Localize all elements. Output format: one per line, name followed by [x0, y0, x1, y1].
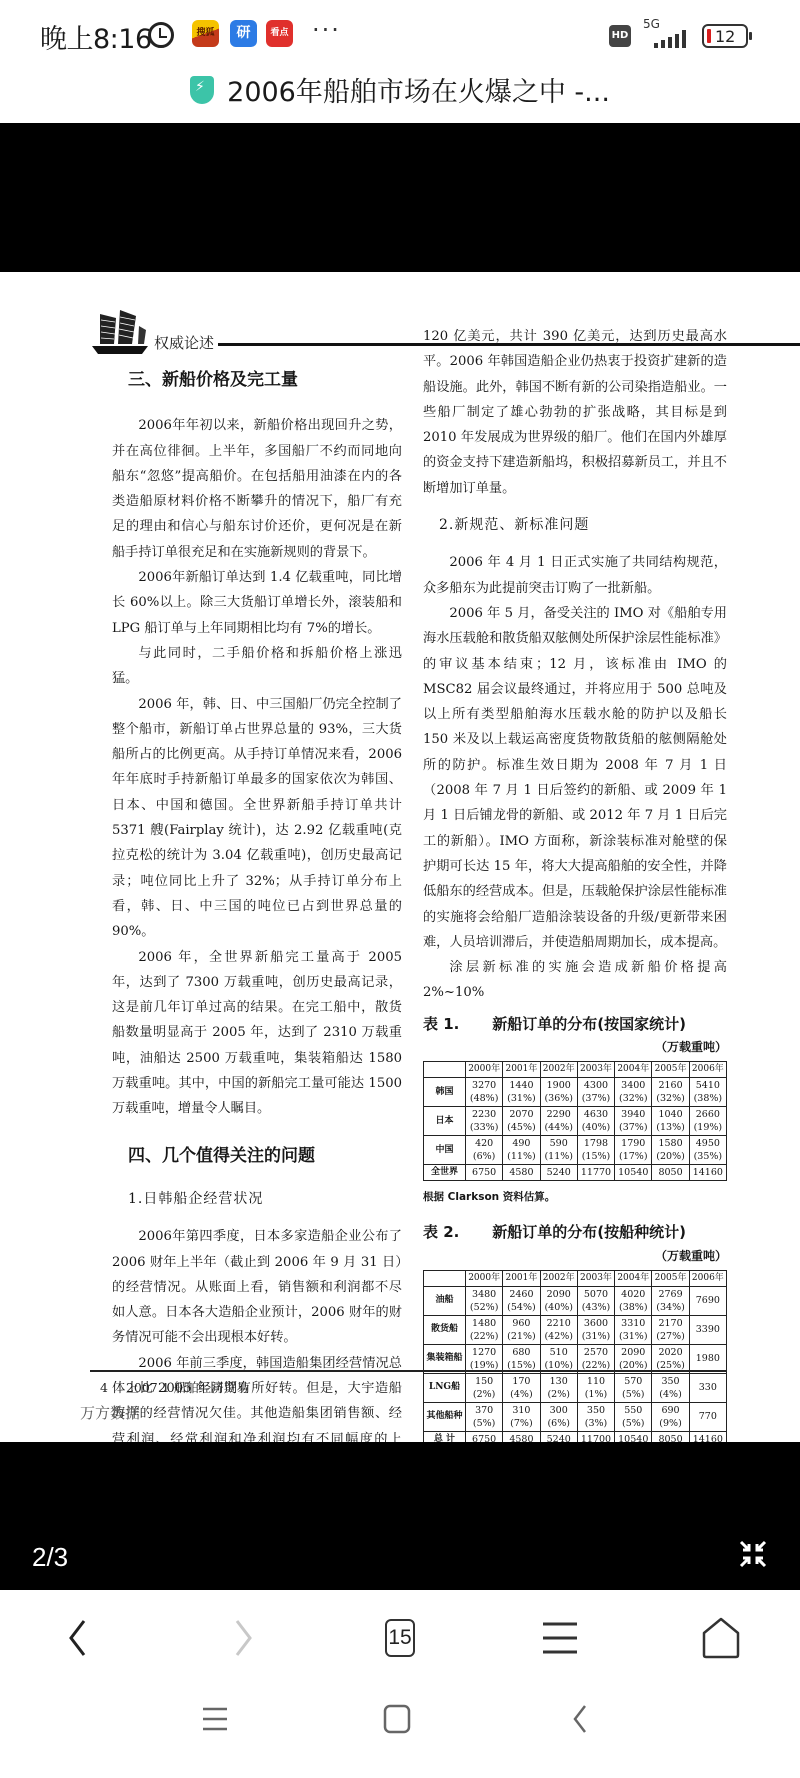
table-cell: 4630(40%) — [577, 1107, 614, 1136]
footer-divider — [90, 1370, 727, 1372]
table-row: 全世界6750458052401177010540805014160 — [424, 1165, 727, 1181]
home-icon — [701, 1617, 741, 1659]
table-cell: 680(15%) — [503, 1344, 540, 1373]
table-cell: 690(9%) — [652, 1402, 689, 1431]
table-cell: 510(10%) — [540, 1344, 577, 1373]
paragraph: 2006年新船订单达到 1.4 亿载重吨，同比增长 60%以上。除三大货船订单增… — [112, 565, 402, 641]
table-cell: 1580(20%) — [652, 1136, 689, 1165]
status-bar: 晚上8:16 搜狐 研 看点 ··· HD 5G 12 — [0, 0, 800, 70]
subsection-heading: 1.日韩船企经营状况 — [128, 1187, 402, 1212]
yan-app-icon: 研 — [230, 20, 257, 47]
table-cell: 420(6%) — [466, 1136, 503, 1165]
table-row: 集装箱船1270(19%)680(15%)510(10%)2570(22%)20… — [424, 1344, 727, 1373]
table-title: 表 1. 新船订单的分布(按国家统计) — [423, 1012, 727, 1037]
table-header-row: 2000年2001年2002年2003年2004年2005年2006年 — [424, 1270, 727, 1286]
paragraph: 涂层新标准的实施会造成新船价格提高 2%~10% — [423, 955, 727, 1006]
table-cell: 3270(48%) — [466, 1078, 503, 1107]
table-cell: 490(11%) — [503, 1136, 540, 1165]
table-number: 表 1. — [423, 1012, 487, 1037]
system-back-icon — [570, 1704, 590, 1734]
column-header: 2004年 — [615, 1062, 652, 1078]
column-header — [424, 1062, 466, 1078]
column-header — [424, 1270, 466, 1286]
table-cell: 2210(42%) — [540, 1315, 577, 1344]
subsection-heading: 2.新规范、新标准问题 — [439, 513, 727, 538]
table-row: LNG船150(2%)170(4%)130(2%)110(1%)570(5%)3… — [424, 1373, 727, 1402]
section-heading: 三、新船价格及完工量 — [128, 368, 402, 393]
signal-icon — [640, 30, 692, 48]
column-header: 2000年 — [466, 1062, 503, 1078]
table-cell: 300(6%) — [540, 1402, 577, 1431]
row-label: 韩国 — [424, 1078, 466, 1107]
table-cell: 150(2%) — [466, 1373, 503, 1402]
table-cell: 4580 — [503, 1165, 540, 1181]
table-cell: 1798(15%) — [577, 1136, 614, 1165]
row-label: 中国 — [424, 1136, 466, 1165]
system-home-button[interactable] — [372, 1694, 422, 1744]
table-cell: 2160(32%) — [652, 1078, 689, 1107]
table-cell: 5240 — [540, 1165, 577, 1181]
table-cell: 8050 — [652, 1165, 689, 1181]
page-title-bar[interactable]: 2006年船舶市场在火爆之中 -... — [0, 70, 800, 122]
table-cell: 2090(20%) — [615, 1344, 652, 1373]
table-cell: 590(11%) — [540, 1136, 577, 1165]
watermark: 万方数据 — [80, 1402, 140, 1423]
column-header: 2000年 — [466, 1270, 503, 1286]
row-label: 全世界 — [424, 1165, 466, 1181]
table-cell: 5410(38%) — [689, 1078, 726, 1107]
left-column: 三、新船价格及完工量 2006年年初以来，新船价格出现回升之势，并在高位徘徊。上… — [112, 368, 402, 1553]
right-column: 120 亿美元，共计 390 亿美元，达到历史最高水平。2006 年韩国造船企业… — [423, 324, 727, 1487]
table-cell: 570(5%) — [615, 1373, 652, 1402]
document-page[interactable]: 权威论述 三、新船价格及完工量 2006年年初以来，新船价格出现回升之势，并在高… — [0, 272, 800, 1442]
table-cell: 350(4%) — [652, 1373, 689, 1402]
more-notifications-icon: ··· — [312, 16, 341, 44]
table-cell: 2020(25%) — [652, 1344, 689, 1373]
system-home-icon — [383, 1704, 411, 1734]
paragraph: 2006年第四季度，日本多家造船企业公布了 2006 财年上半年（截止到 200… — [112, 1224, 402, 1350]
table-row: 中国420(6%)490(11%)590(11%)1798(15%)1790(1… — [424, 1136, 727, 1165]
battery-percent: 12 — [715, 27, 735, 46]
column-header: 2002年 — [540, 1062, 577, 1078]
table-cell: 1480(22%) — [466, 1315, 503, 1344]
table-cell: 4020(38%) — [615, 1286, 652, 1315]
page-title: 2006年船舶市场在火爆之中 -... — [227, 70, 610, 109]
row-label: 油船 — [424, 1286, 466, 1315]
table-cell: 2769(34%) — [652, 1286, 689, 1315]
table-cell: 2170(27%) — [652, 1315, 689, 1344]
recents-icon — [201, 1706, 229, 1732]
row-label: 日本 — [424, 1107, 466, 1136]
battery-icon: 12 — [702, 24, 748, 48]
table-header-row: 2000年2001年2002年2003年2004年2005年2006年 — [424, 1062, 727, 1078]
table-cell: 14160 — [689, 1165, 726, 1181]
table-row: 日本2230(33%)2070(45%)2290(44%)4630(40%)39… — [424, 1107, 727, 1136]
table-cell: 4300(37%) — [577, 1078, 614, 1107]
column-header: 2005年 — [652, 1270, 689, 1286]
table-cell: 2090(40%) — [540, 1286, 577, 1315]
page-number: 4 — [100, 1380, 108, 1395]
table-cell: 5070(43%) — [577, 1286, 614, 1315]
tabs-count: 15 — [385, 1619, 415, 1657]
paragraph: 与此同时，二手船价格和拆船价格上涨迅猛。 — [112, 641, 402, 692]
column-header: 2006年 — [689, 1270, 726, 1286]
paragraph: 2006 年 5 月，备受关注的 IMO 对《船舶专用海水压载舱和散货船双舷侧处… — [423, 601, 727, 955]
back-button[interactable] — [50, 1610, 106, 1666]
table-cell: 2460(54%) — [503, 1286, 540, 1315]
paragraph: 2006 年 4 月 1 日正式实施了共同结构规范，众多船东为此提前突击订购了一… — [423, 550, 727, 601]
orders-by-ship-type-table: 2000年2001年2002年2003年2004年2005年2006年油船348… — [423, 1270, 727, 1448]
page-footer: 4 2007.1 船舶经济贸易 — [100, 1378, 263, 1396]
battery-level-indicator — [707, 29, 711, 43]
table-cell: 6750 — [466, 1165, 503, 1181]
column-header: 2001年 — [503, 1062, 540, 1078]
table-cell: 2230(33%) — [466, 1107, 503, 1136]
column-header: 2001年 — [503, 1270, 540, 1286]
table-cell: 10540 — [615, 1165, 652, 1181]
table-unit: （万载重吨） — [423, 1246, 727, 1266]
paragraph: 120 亿美元，共计 390 亿美元，达到历史最高水平。2006 年韩国造船企业… — [423, 324, 727, 501]
table-caption: 新船订单的分布(按国家统计) — [492, 1015, 686, 1033]
hamburger-menu-icon — [541, 1621, 579, 1655]
home-button[interactable] — [693, 1610, 749, 1666]
menu-button[interactable] — [532, 1610, 588, 1666]
column-header: 2005年 — [652, 1062, 689, 1078]
secure-shield-icon — [190, 76, 214, 104]
paragraph: 2006 年，全世界新船完工量高于 2005 年，达到了 7300 万载重吨，创… — [112, 945, 402, 1122]
table-cell: 550(5%) — [615, 1402, 652, 1431]
table-cell: 2070(45%) — [503, 1107, 540, 1136]
status-time: 晚上8:16 — [40, 17, 152, 56]
hd-icon: HD — [609, 25, 631, 47]
table-source: 根据 Clarkson 资料估算。 — [423, 1185, 727, 1210]
row-label: 其他船种 — [424, 1402, 466, 1431]
system-navigation-bar — [0, 1680, 800, 1778]
table-row: 其他船种370(5%)310(7%)300(6%)350(3%)550(5%)6… — [424, 1402, 727, 1431]
recents-button[interactable] — [190, 1694, 240, 1744]
table-cell: 770 — [689, 1402, 726, 1431]
table-cell: 1790(17%) — [615, 1136, 652, 1165]
table-cell: 330 — [689, 1373, 726, 1402]
sohu-app-icon: 搜狐 — [192, 20, 219, 47]
table-cell: 1980 — [689, 1344, 726, 1373]
table-cell: 2570(22%) — [577, 1344, 614, 1373]
table-row: 韩国3270(48%)1440(31%)1900(36%)4300(37%)34… — [424, 1078, 727, 1107]
paragraph: 2006 年，韩、日、中三国船厂仍完全控制了整个船市，新船订单占世界总量的 93… — [112, 692, 402, 945]
table-cell: 310(7%) — [503, 1402, 540, 1431]
table-cell: 3600(31%) — [577, 1315, 614, 1344]
table-cell: 170(4%) — [503, 1373, 540, 1402]
table-cell: 2660(19%) — [689, 1107, 726, 1136]
orders-by-country-table: 2000年2001年2002年2003年2004年2005年2006年韩国327… — [423, 1061, 727, 1181]
table-unit: （万载重吨） — [423, 1037, 727, 1057]
table-cell: 960(21%) — [503, 1315, 540, 1344]
column-header: 2002年 — [540, 1270, 577, 1286]
table-cell: 3480(52%) — [466, 1286, 503, 1315]
browser-toolbar: 15 — [0, 1590, 800, 1680]
table-cell: 1440(31%) — [503, 1078, 540, 1107]
journal-issue: 2007.1 船舶经济贸易 — [126, 1380, 249, 1395]
row-label: LNG船 — [424, 1373, 466, 1402]
table-row: 油船3480(52%)2460(54%)2090(40%)5070(43%)40… — [424, 1286, 727, 1315]
exit-fullscreen-icon[interactable] — [737, 1538, 769, 1570]
table-caption: 新船订单的分布(按船种统计) — [492, 1223, 686, 1241]
table-cell: 7690 — [689, 1286, 726, 1315]
table-row: 散货船1480(22%)960(21%)2210(42%)3600(31%)33… — [424, 1315, 727, 1344]
table-cell: 4950(35%) — [689, 1136, 726, 1165]
row-label: 散货船 — [424, 1315, 466, 1344]
table-number: 表 2. — [423, 1220, 487, 1245]
viewer-top-letterbox — [0, 123, 800, 272]
column-header: 2003年 — [577, 1270, 614, 1286]
table-cell: 350(3%) — [577, 1402, 614, 1431]
table-cell: 3390 — [689, 1315, 726, 1344]
forward-button[interactable] — [215, 1610, 271, 1666]
column-header: 2004年 — [615, 1270, 652, 1286]
table-cell: 1900(36%) — [540, 1078, 577, 1107]
network-type: 5G — [643, 17, 660, 31]
table-cell: 11770 — [577, 1165, 614, 1181]
section-heading: 四、几个值得关注的问题 — [128, 1144, 402, 1169]
table-cell: 3940(37%) — [615, 1107, 652, 1136]
table-cell: 3310(31%) — [615, 1315, 652, 1344]
system-back-button[interactable] — [555, 1694, 605, 1744]
chevron-left-icon — [66, 1618, 90, 1658]
chevron-right-icon — [231, 1618, 255, 1658]
table-cell: 370(5%) — [466, 1402, 503, 1431]
viewer-bottom-bar: 2/3 — [0, 1442, 800, 1590]
table-title: 表 2. 新船订单的分布(按船种统计) — [423, 1220, 727, 1245]
table-cell: 130(2%) — [540, 1373, 577, 1402]
table-cell: 3400(32%) — [615, 1078, 652, 1107]
tabs-button[interactable]: 15 — [372, 1610, 428, 1666]
column-header: 2003年 — [577, 1062, 614, 1078]
table-cell: 1040(13%) — [652, 1107, 689, 1136]
section-label: 权威论述 — [154, 332, 214, 353]
paragraph: 2006年年初以来，新船价格出现回升之势，并在高位徘徊。上半年，多国船厂不约而同… — [112, 413, 402, 565]
junk-ship-icon — [90, 308, 152, 356]
page-counter: 2/3 — [32, 1542, 68, 1573]
table-cell: 1270(19%) — [466, 1344, 503, 1373]
kandian-app-icon: 看点 — [266, 20, 293, 47]
row-label: 集装箱船 — [424, 1344, 466, 1373]
table-cell: 2290(44%) — [540, 1107, 577, 1136]
column-header: 2006年 — [689, 1062, 726, 1078]
alarm-icon — [148, 22, 174, 48]
table-cell: 110(1%) — [577, 1373, 614, 1402]
